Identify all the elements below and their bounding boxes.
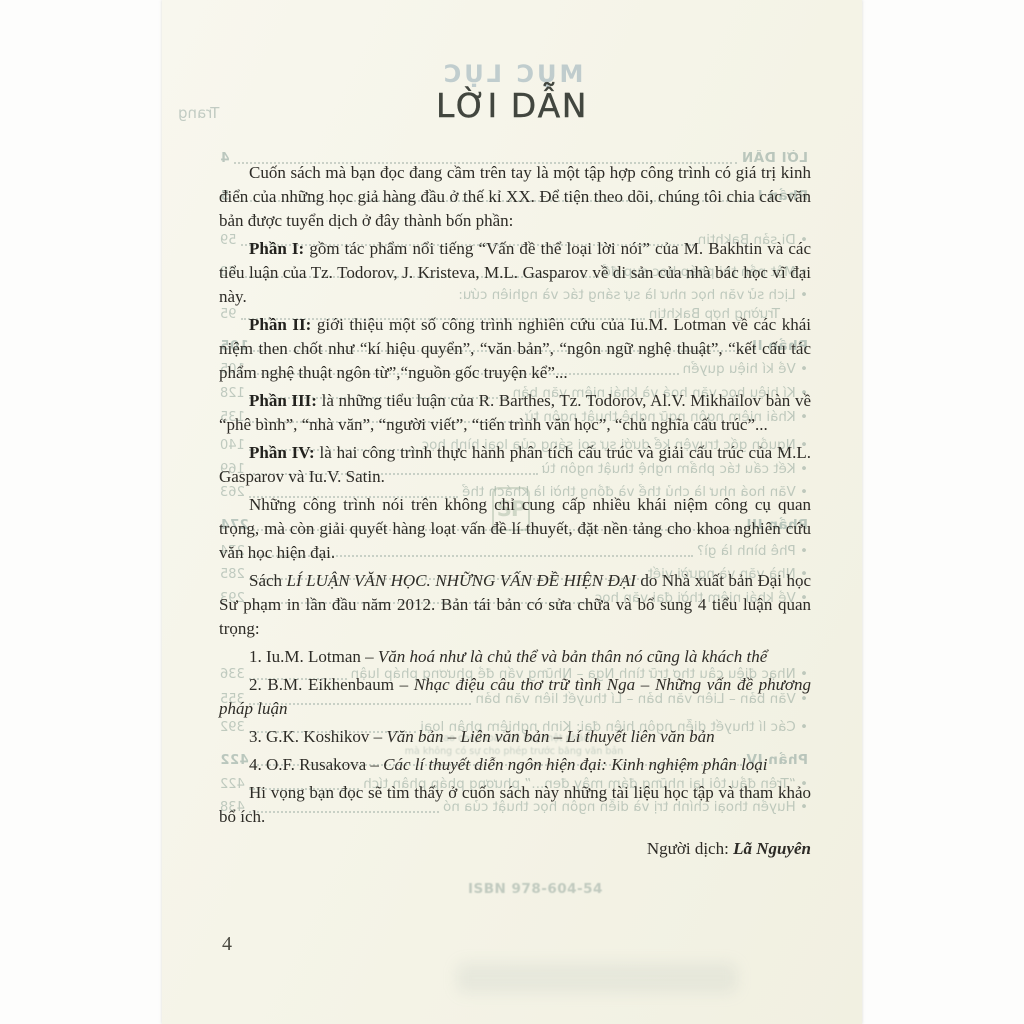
paragraph: 2. B.M. Eikhenbaum – Nhạc điệu câu thơ t… (219, 673, 811, 721)
paragraph: Phần II: giới thiệu một số công trình ng… (219, 313, 811, 385)
paragraph: 1. Iu.M. Lotman – Văn hoá như là chủ thể… (219, 645, 811, 669)
translator-signature: Người dịch: Lã Nguyên (219, 837, 811, 861)
paragraph: Phần I: gồm tác phẩm nổi tiếng “Vấn đề t… (219, 237, 811, 309)
page-number: 4 (222, 933, 232, 956)
text-segment: Văn bản – Liên văn bản – Lí thuyết liên … (386, 727, 714, 746)
translator-label: Người dịch: (647, 839, 729, 858)
paragraph: 3. G.K. Koshikov – Văn bản – Liên văn bả… (219, 725, 811, 749)
paragraph: Hi vọng bạn đọc sẽ tìm thấy ở cuốn sách … (219, 781, 811, 829)
text-segment: 1. Iu.M. Lotman – (249, 647, 378, 666)
text-segment: Phần I: (249, 239, 304, 258)
paragraph: Phần III: là những tiểu luận của R. Bart… (219, 389, 811, 437)
page-content: LỜI DẪN Cuốn sách mà bạn đọc đang cầm tr… (162, 0, 862, 1024)
paragraph: Những công trình nói trên không chỉ cung… (219, 493, 811, 565)
text-segment: Cuốn sách mà bạn đọc đang cầm trên tay l… (219, 163, 811, 230)
text-segment: Những công trình nói trên không chỉ cung… (219, 495, 811, 562)
paragraph: 4. O.F. Rusakova – Các lí thuyết diễn ng… (219, 753, 811, 777)
text-segment: gồm tác phẩm nổi tiếng “Vấn đề thể loại … (219, 239, 811, 306)
text-segment: 3. G.K. Koshikov – (249, 727, 386, 746)
paragraphs-container: Cuốn sách mà bạn đọc đang cầm trên tay l… (219, 161, 811, 829)
text-segment: Phần II: (249, 315, 311, 334)
text-segment: Phần III: (249, 391, 317, 410)
text-segment: Sách (249, 571, 287, 590)
body-text: Cuốn sách mà bạn đọc đang cầm trên tay l… (219, 161, 811, 861)
paragraph: Sách LÍ LUẬN VĂN HỌC. NHỮNG VẤN ĐỀ HIỆN … (219, 569, 811, 641)
text-segment: LÍ LUẬN VĂN HỌC. NHỮNG VẤN ĐỀ HIỆN ĐẠI (287, 571, 636, 590)
paragraph: Phần IV: là hai công trình thực hành phâ… (219, 441, 811, 489)
book-page: MỤC LỤC Trang LỜI DẪN4Phần I5• Di sản Ba… (162, 0, 862, 1024)
text-segment: Văn hoá như là chủ thể và bản thân nó cũ… (378, 647, 767, 666)
text-segment: 2. B.M. Eikhenbaum – (249, 675, 414, 694)
text-segment: 4. O.F. Rusakova – (249, 755, 383, 774)
scan-background: { "page": { "title": "LỜI DẪN", "page_nu… (0, 0, 1024, 1024)
translator-name: Lã Nguyên (733, 839, 811, 858)
paragraph: Cuốn sách mà bạn đọc đang cầm trên tay l… (219, 161, 811, 233)
page-title: LỜI DẪN (162, 86, 862, 125)
text-segment: Phần IV: (249, 443, 315, 462)
text-segment: Hi vọng bạn đọc sẽ tìm thấy ở cuốn sách … (219, 783, 811, 826)
text-segment: Các lí thuyết diễn ngôn hiện đại: Kinh n… (383, 755, 767, 774)
